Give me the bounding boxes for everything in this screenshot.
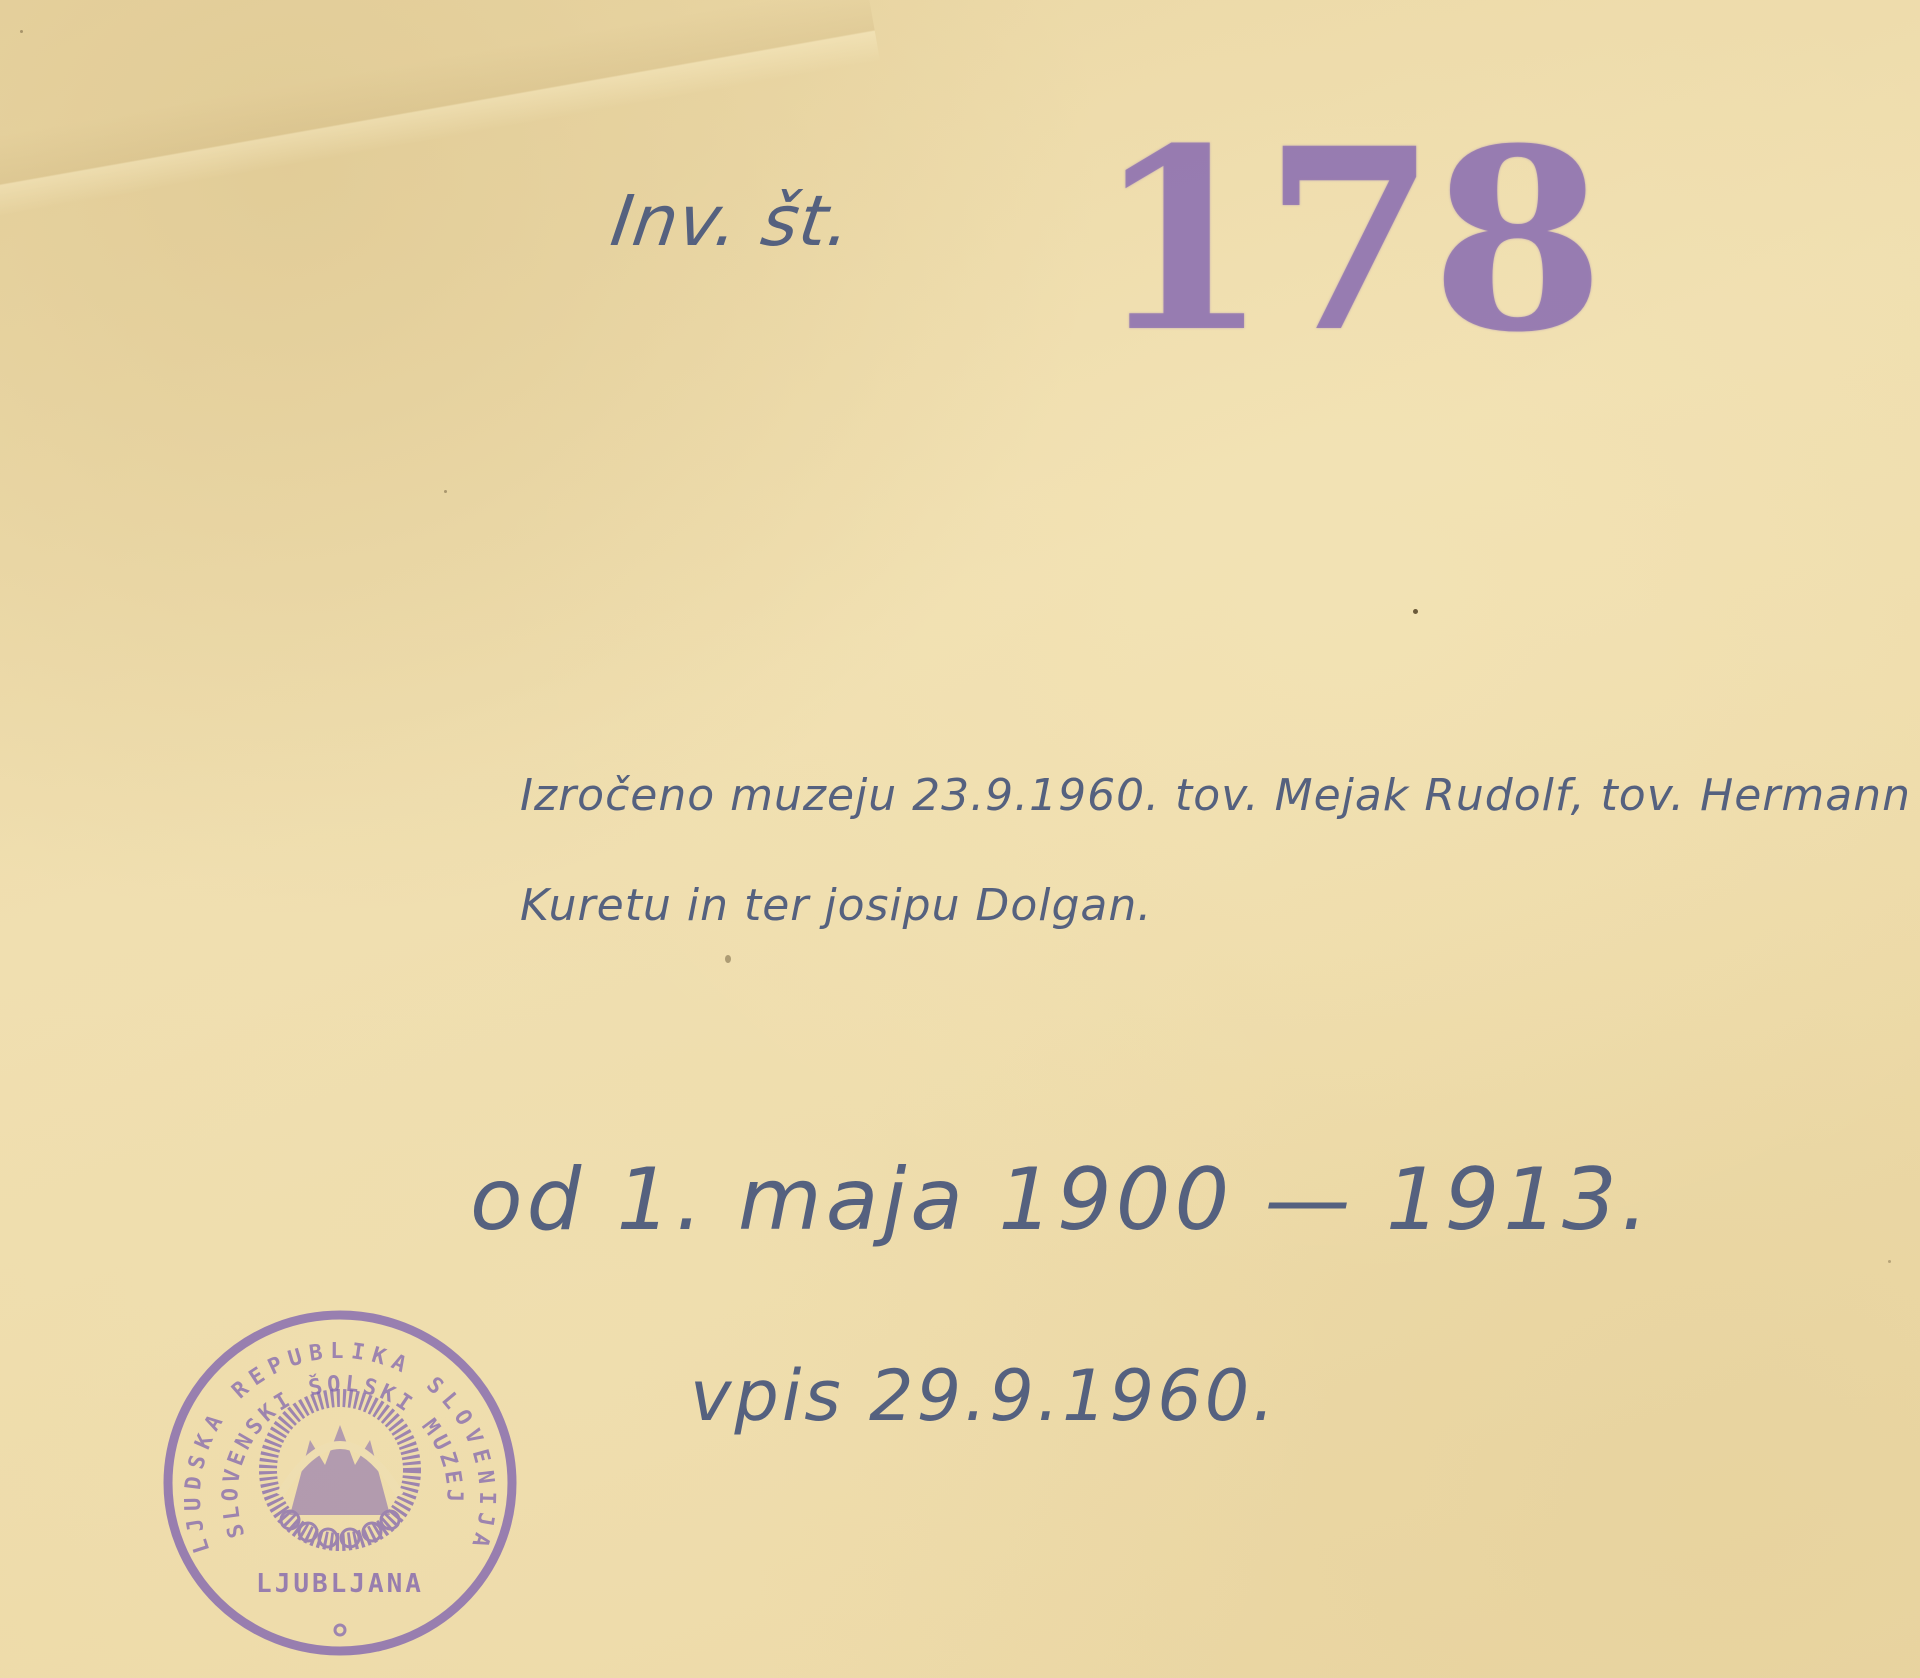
paper-speck — [444, 490, 447, 493]
paper-speck — [20, 30, 23, 33]
date-range-text: od 1. maja 1900 — 1913. — [470, 1150, 1652, 1250]
coat-of-arms-icon — [268, 1398, 412, 1547]
archival-document-page: Inv. št. 178 Izročeno muzeju 23.9.1960. … — [0, 0, 1920, 1678]
stamp-star-icon — [335, 1625, 345, 1635]
paper-speck — [1888, 1260, 1891, 1263]
handover-note-line-1: Izročeno muzeju 23.9.1960. tov. Mejak Ru… — [520, 770, 1911, 821]
paper-speck — [1413, 609, 1418, 614]
official-round-stamp: LJUDSKA REPUBLIKA SLOVENIJA SLOVENSKI ŠO… — [150, 1300, 530, 1660]
paper-speck — [725, 955, 731, 963]
entry-date-text: vpis 29.9.1960. — [690, 1355, 1278, 1437]
stamp-city-text: LJUBLJANA — [256, 1569, 424, 1599]
stamp-seal-icon: LJUDSKA REPUBLIKA SLOVENIJA SLOVENSKI ŠO… — [150, 1300, 530, 1660]
inventory-number-stamp: 178 — [1095, 115, 1599, 365]
inventory-number-label: Inv. št. — [606, 180, 857, 262]
handover-note-line-2: Kuretu in ter josipu Dolgan. — [520, 880, 1152, 931]
